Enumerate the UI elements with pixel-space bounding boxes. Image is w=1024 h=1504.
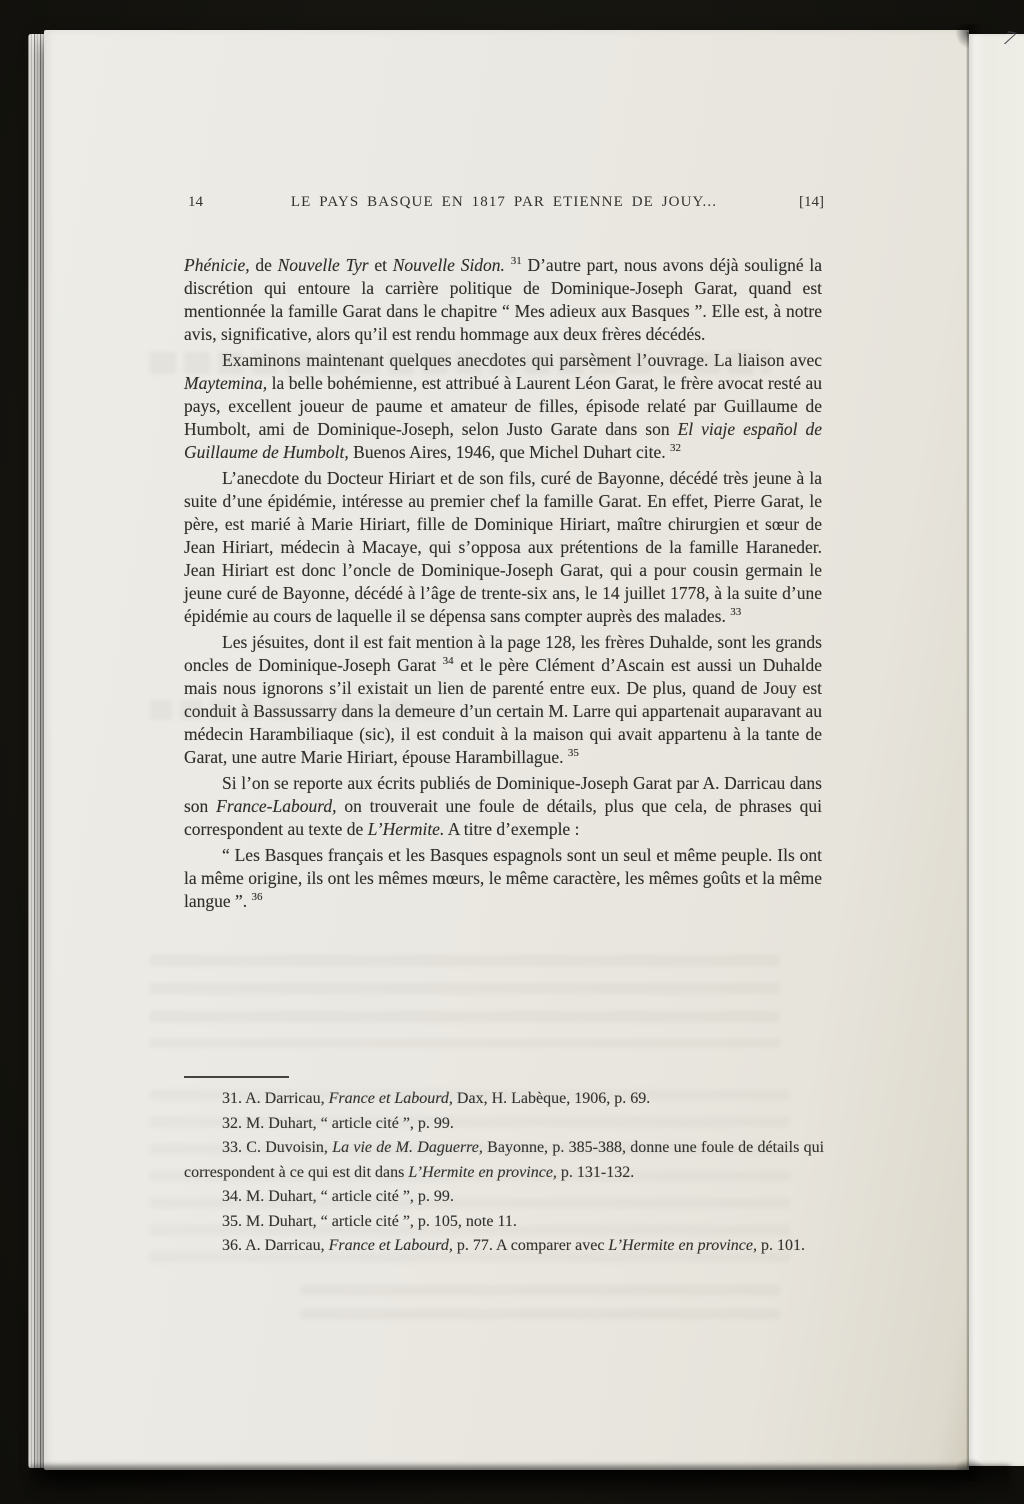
footnotes: 31. A. Darricau, France et Labourd, Dax,… — [184, 1087, 824, 1259]
page-drop-shadow — [30, 1466, 1010, 1496]
footnote: 34. M. Duhart, “ article cité ”, p. 99. — [184, 1185, 824, 1210]
paragraph: Phénicie, de Nouvelle Tyr et Nouvelle Si… — [184, 254, 822, 346]
facing-page-edge — [969, 34, 1024, 1466]
footnote: 31. A. Darricau, France et Labourd, Dax,… — [184, 1087, 824, 1112]
page-number: 14 — [188, 194, 203, 211]
page-number-bracketed: [14] — [799, 194, 824, 211]
book-page: 14 LE PAYS BASQUE EN 1817 PAR ETIENNE DE… — [44, 30, 969, 1470]
paragraph: Les jésuites, dont il est fait mention à… — [184, 631, 822, 769]
footnote: 33. C. Duvoisin, La vie de M. Daguerre, … — [184, 1136, 824, 1185]
footnote: 35. M. Duhart, “ article cité ”, p. 105,… — [184, 1210, 824, 1235]
footnote-separator-rule — [184, 1076, 289, 1078]
footnote-reference: 36 — [252, 891, 263, 903]
running-title: LE PAYS BASQUE EN 1817 PAR ETIENNE DE JO… — [291, 194, 717, 211]
paragraph: L’anecdote du Docteur Hiriart et de son … — [184, 467, 822, 628]
footnote-reference: 31 — [511, 255, 522, 267]
paragraph: Si l’on se reporte aux écrits publiés de… — [184, 772, 822, 841]
photo-of-book-page: { "colors": { "background": "#15140f", "… — [0, 0, 1024, 1504]
footnote: 36. A. Darricau, France et Labourd, p. 7… — [184, 1234, 824, 1259]
footnote-reference: 33 — [730, 606, 741, 618]
paragraph: Examinons maintenant quelques anecdotes … — [184, 349, 822, 464]
running-head: 14 LE PAYS BASQUE EN 1817 PAR ETIENNE DE… — [184, 194, 824, 216]
footnote-reference: 35 — [568, 747, 579, 759]
body-text: Phénicie, de Nouvelle Tyr et Nouvelle Si… — [184, 251, 822, 913]
footnote: 32. M. Duhart, “ article cité ”, p. 99. — [184, 1112, 824, 1137]
footnote-reference: 32 — [670, 442, 681, 454]
paragraph: “ Les Basques français et les Basques es… — [184, 844, 822, 913]
footnote-reference: 34 — [443, 655, 454, 667]
